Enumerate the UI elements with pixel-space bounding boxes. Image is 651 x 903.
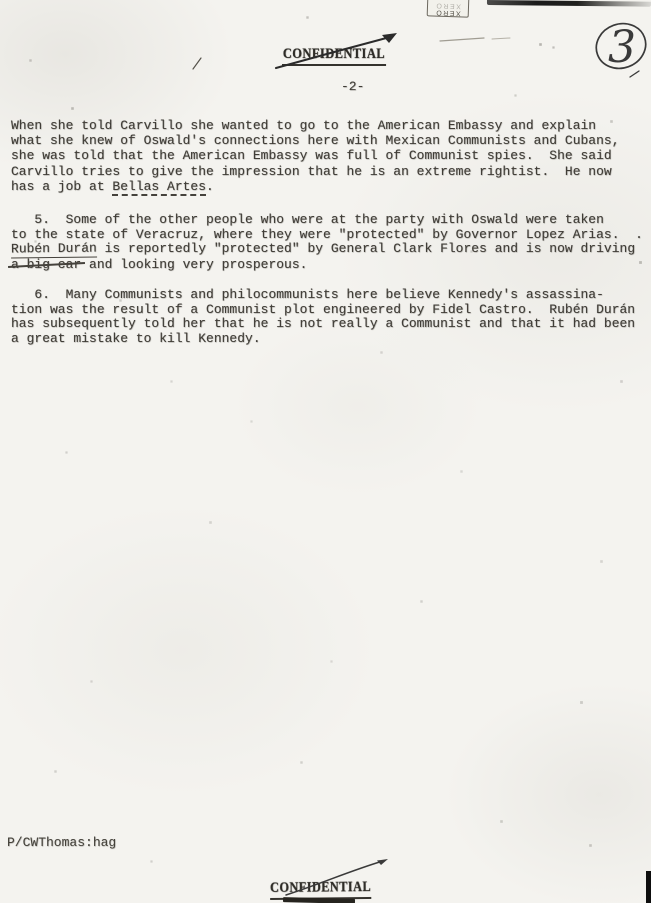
- pencil-dash-marks: [440, 38, 510, 41]
- stray-slash-mark: [193, 58, 201, 69]
- text-line: she was told that the American Embassy w…: [11, 148, 620, 163]
- text-line: what she knew of Oswald's connections he…: [11, 133, 620, 148]
- text-line: has a job at Bellas Artes.: [11, 179, 620, 194]
- text-line: Carvillo tries to give the impression th…: [11, 164, 620, 179]
- text-segment: .: [206, 179, 214, 194]
- struck-a-big-car: a big car: [11, 258, 81, 273]
- text-segment: and looking very prosperous.: [81, 257, 307, 272]
- drafter-reference-line: P/CWThomas:hag: [7, 835, 116, 850]
- scan-artifact-right-edge-mark: [646, 871, 651, 903]
- scan-noise-speckles: [0, 0, 1, 1]
- page-number: -2-: [341, 79, 364, 94]
- scanned-document-page: XERO XERO CONFIDENTIAL -2- When she told…: [0, 0, 651, 903]
- text-line: 6. Many Communists and philocommunists h…: [11, 288, 635, 303]
- scan-artifact-top-streak: [487, 0, 651, 7]
- intro-paragraph: When she told Carvillo she wanted to go …: [11, 118, 620, 194]
- text-line: a great mistake to kill Kennedy.: [11, 332, 635, 347]
- paragraph-6: 6. Many Communists and philocommunists h…: [11, 288, 635, 346]
- text-line: When she told Carvillo she wanted to go …: [11, 118, 620, 133]
- text-line: Rubén Durán is reportedly "protected" by…: [11, 242, 643, 258]
- text-line: to the state of Veracruz, where they wer…: [11, 228, 643, 243]
- handwritten-three: 3: [608, 22, 636, 73]
- text-line: tion was the result of a Communist plot …: [11, 303, 635, 318]
- xerox-stamp-text: XERO: [435, 9, 461, 17]
- paragraph-5: 5. Some of the other people who were at …: [11, 213, 643, 272]
- underlined-bellas-artes: Bellas Artes: [112, 179, 206, 196]
- text-segment: is reportedly "protected" by General Cla…: [97, 241, 635, 256]
- footer-stamp-underline-bar: [283, 897, 355, 903]
- text-line: has subsequently told her that he is not…: [11, 317, 635, 332]
- underlined-ruben-duran: Rubén Durán: [11, 242, 97, 258]
- circled-page-number: 3: [590, 17, 651, 77]
- text-segment: has a job at: [11, 179, 112, 194]
- text-line: 5. Some of the other people who were at …: [11, 213, 643, 228]
- confidential-stamp-top: CONFIDENTIAL: [282, 46, 386, 66]
- xerox-copy-stamp: XERO XERO: [427, 0, 470, 18]
- text-line: a big car and looking very prosperous.: [11, 258, 643, 273]
